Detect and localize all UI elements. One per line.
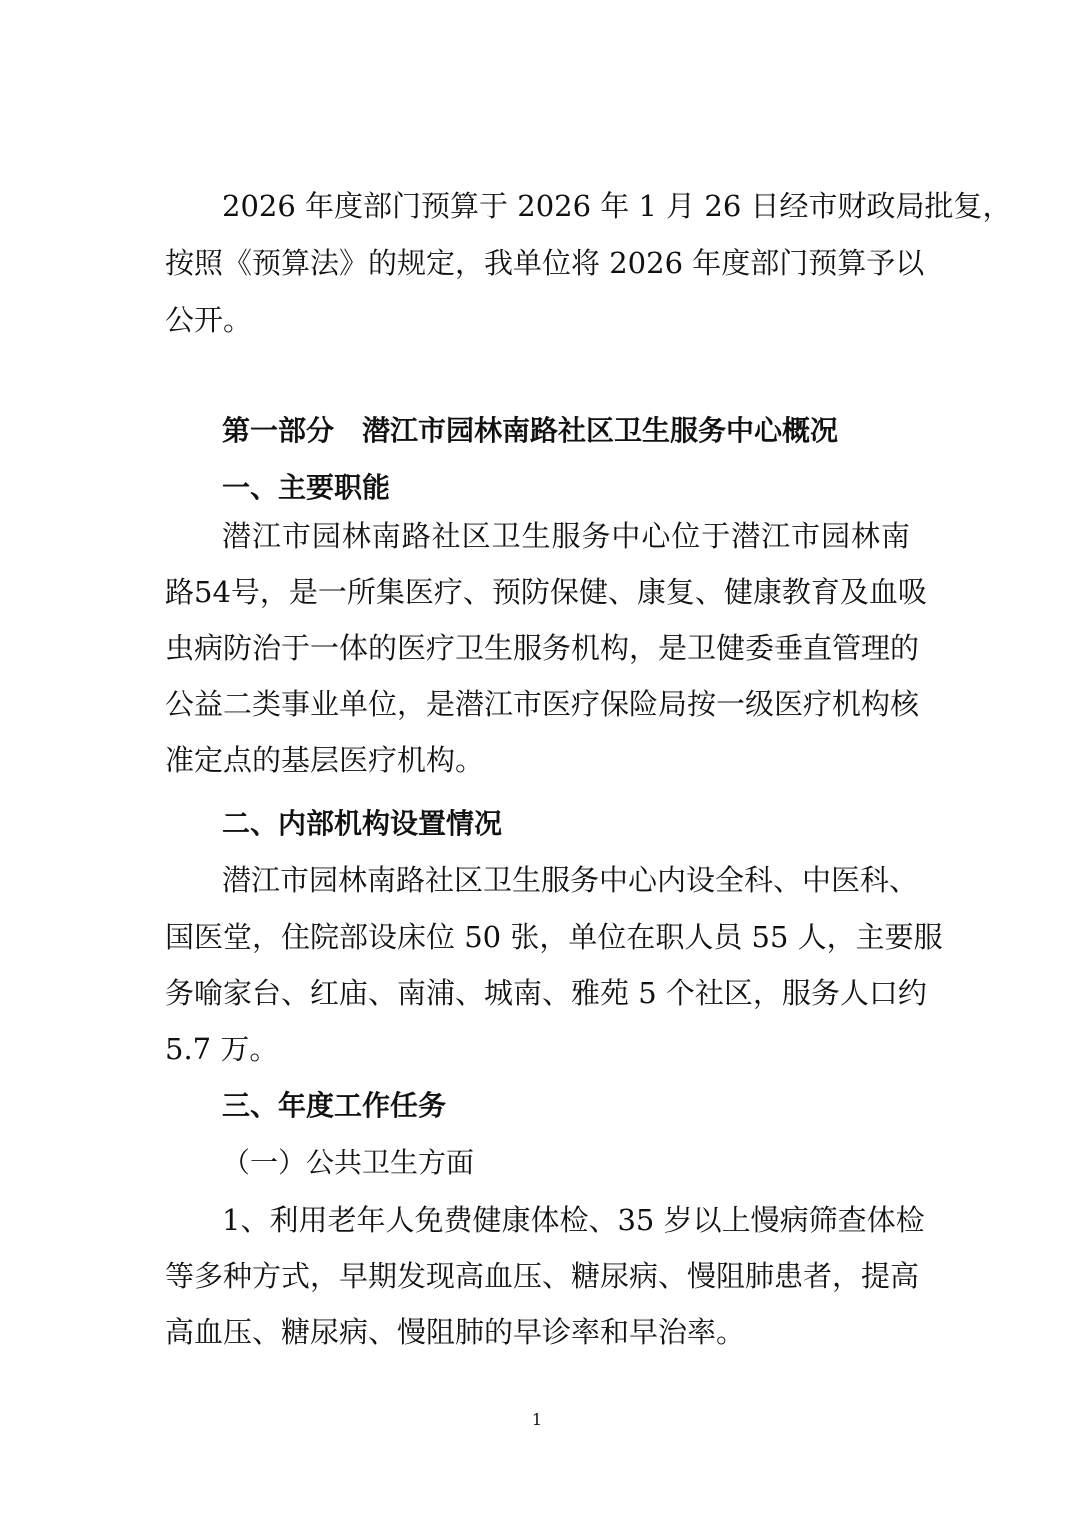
- intro-line-3: 公开。: [165, 300, 910, 340]
- page-number: 1: [0, 1410, 1074, 1430]
- intro-line-1: 2026 年度部门预算于 2026 年 1 月 26 日经市财政局批复，: [222, 186, 910, 226]
- section-heading-annual-tasks: 三、年度工作任务: [222, 1086, 446, 1126]
- section1-line-4: 公益二类事业单位，是潜江市医疗保险局按一级医疗机构核: [165, 684, 910, 724]
- section1-line-5: 准定点的基层医疗机构。: [165, 740, 910, 780]
- section1-line-1: 潜江市园林南路社区卫生服务中心位于潜江市园林南: [222, 516, 910, 556]
- section-heading-internal-structure: 二、内部机构设置情况: [222, 804, 502, 844]
- section3-line-1: 1、利用老年人免费健康体检、35 岁以上慢病筛查体检: [222, 1200, 910, 1240]
- intro-line-2: 按照《预算法》的规定，我单位将 2026 年度部门预算予以: [165, 243, 910, 283]
- section2-line-2: 国医堂，住院部设床位 50 张，单位在职人员 55 人，主要服: [165, 917, 910, 957]
- section-heading-main-functions: 一、主要职能: [222, 468, 390, 508]
- document-page: 2026 年度部门预算于 2026 年 1 月 26 日经市财政局批复， 按照《…: [0, 0, 1074, 1520]
- section3-line-3: 高血压、糖尿病、慢阻肺的早诊率和早治率。: [165, 1312, 910, 1352]
- section1-line-2: 路54号，是一所集医疗、预防保健、康复、健康教育及血吸: [165, 572, 910, 612]
- section2-line-1: 潜江市园林南路社区卫生服务中心内设全科、中医科、: [222, 860, 910, 900]
- section2-line-3: 务喻家台、红庙、南浦、城南、雅苑 5 个社区，服务人口约: [165, 973, 910, 1013]
- subsection-heading-public-health: （一）公共卫生方面: [222, 1143, 474, 1183]
- part-title: 第一部分 潜江市园林南路社区卫生服务中心概况: [222, 411, 838, 451]
- section2-line-4: 5.7 万。: [165, 1029, 910, 1069]
- section1-line-3: 虫病防治于一体的医疗卫生服务机构，是卫健委垂直管理的: [165, 628, 910, 668]
- section3-line-2: 等多种方式，早期发现高血压、糖尿病、慢阻肺患者，提高: [165, 1256, 910, 1296]
